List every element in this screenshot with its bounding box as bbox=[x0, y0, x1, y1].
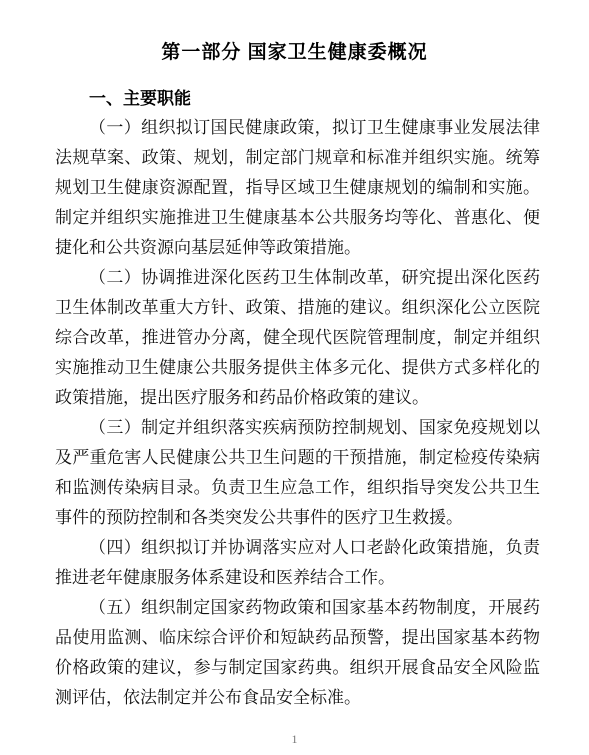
paragraph-4: （四）组织拟订并协调落实应对人口老龄化政策措施，负责推进老年健康服务体系建设和医… bbox=[55, 533, 540, 593]
document-page: 第一部分 国家卫生健康委概况 一、主要职能 （一）组织拟订国民健康政策，拟订卫生… bbox=[0, 0, 589, 755]
document-body: （一）组织拟订国民健康政策，拟订卫生健康事业发展法律法规草案、政策、规划，制定部… bbox=[55, 113, 540, 713]
section-heading: 一、主要职能 bbox=[55, 87, 541, 111]
page-number: 1 bbox=[0, 732, 589, 747]
paragraph-5: （五）组织制定国家药物政策和国家基本药物制度，开展药品使用监测、临床综合评价和短… bbox=[55, 593, 540, 713]
paragraph-3: （三）制定并组织落实疾病预防控制规划、国家免疫规划以及严重危害人民健康公共卫生问… bbox=[55, 413, 540, 533]
paragraph-1: （一）组织拟订国民健康政策，拟订卫生健康事业发展法律法规草案、政策、规划，制定部… bbox=[55, 113, 540, 263]
document-title: 第一部分 国家卫生健康委概况 bbox=[0, 0, 589, 66]
paragraph-2: （二）协调推进深化医药卫生体制改革，研究提出深化医药卫生体制改革重大方针、政策、… bbox=[55, 263, 540, 413]
